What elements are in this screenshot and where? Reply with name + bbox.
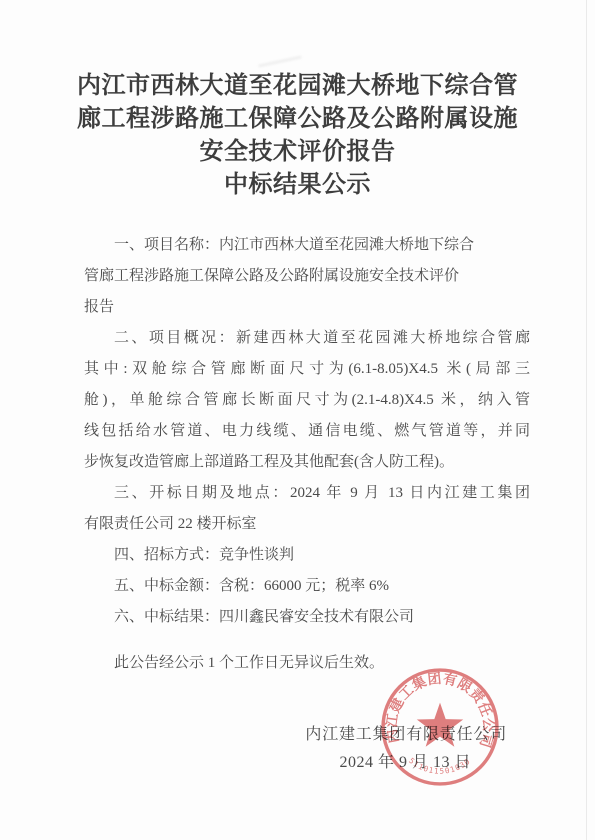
document-title: 内江市西林大道至花园滩大桥地下综合管 廊工程涉路施工保障公路及公路附属设施 安全… bbox=[0, 70, 595, 202]
paragraph-tender-method: 四、招标方式：竞争性谈判 bbox=[84, 540, 530, 571]
body-line: 二、项目概况：新建西林大道至花园滩大桥地综合管廊 bbox=[84, 323, 530, 354]
body-line: 有限责任公司 22 楼开标室 bbox=[84, 509, 530, 540]
paragraph-bid-result: 六、中标结果：四川鑫民睿安全技术有限公司 bbox=[84, 602, 530, 633]
company-seal: 内江建工集团有限责任公司 5110115010302 bbox=[379, 666, 501, 788]
body-line: 六、中标结果：四川鑫民睿安全技术有限公司 bbox=[84, 602, 530, 633]
title-line: 内江市西林大道至花园滩大桥地下综合管 bbox=[0, 70, 595, 103]
scan-smudge bbox=[258, 55, 302, 67]
body-line: 舱)，单舱综合管廊长断面尺寸为(2.1-4.8)X4.5 米，纳入管 bbox=[84, 385, 530, 416]
paragraph-project-overview: 二、项目概况：新建西林大道至花园滩大桥地综合管廊 其中:双舱综合管廊断面尺寸为(… bbox=[84, 323, 530, 478]
body-line: 线包括给水管道、电力线缆、通信电缆、燃气管道等，并同 bbox=[84, 416, 530, 447]
body-line: 其中:双舱综合管廊断面尺寸为(6.1-8.05)X4.5 米(局部三 bbox=[84, 354, 530, 385]
body-line: 一、项目名称：内江市西林大道至花园滩大桥地下综合 bbox=[84, 230, 530, 261]
body-line: 报告 bbox=[84, 292, 530, 323]
body-line: 三、开标日期及地点：2024 年 9 月 13 日内江建工集团 bbox=[84, 478, 530, 509]
title-line: 廊工程涉路施工保障公路及公路附属设施 bbox=[0, 103, 595, 136]
paragraph-bid-amount: 五、中标金额：含税：66000 元；税率 6% bbox=[84, 571, 530, 602]
title-line: 中标结果公示 bbox=[0, 169, 595, 202]
paragraph-project-name: 一、项目名称：内江市西林大道至花园滩大桥地下综合 管廊工程涉路施工保障公路及公路… bbox=[84, 230, 530, 323]
body-line: 五、中标金额：含税：66000 元；税率 6% bbox=[84, 571, 530, 602]
body-line: 管廊工程涉路施工保障公路及公路附属设施安全技术评价 bbox=[84, 261, 530, 292]
paragraph-bid-opening: 三、开标日期及地点：2024 年 9 月 13 日内江建工集团 有限责任公司 2… bbox=[84, 478, 530, 540]
seal-star-icon bbox=[417, 703, 463, 747]
document-page: 内江市西林大道至花园滩大桥地下综合管 廊工程涉路施工保障公路及公路附属设施 安全… bbox=[0, 0, 595, 840]
body-line: 步恢复改造管廊上部道路工程及其他配套(含人防工程)。 bbox=[84, 447, 530, 478]
document-body: 一、项目名称：内江市西林大道至花园滩大桥地下综合 管廊工程涉路施工保障公路及公路… bbox=[84, 230, 530, 679]
body-line: 四、招标方式：竞争性谈判 bbox=[84, 540, 530, 571]
title-line: 安全技术评价报告 bbox=[0, 136, 595, 169]
